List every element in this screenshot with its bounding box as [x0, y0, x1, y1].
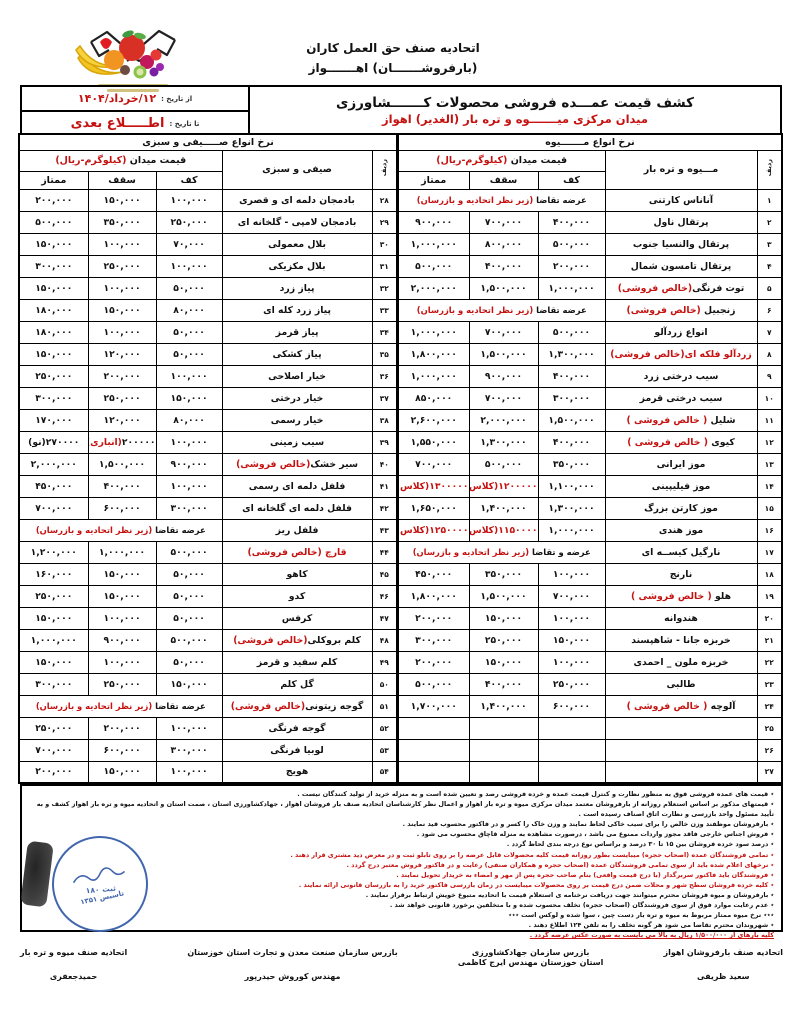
price-floor: ۲۰۰,۰۰۰: [538, 255, 605, 277]
table-row: ۴۱فلفل دلمه ای رسمی۱۰۰,۰۰۰۴۰۰,۰۰۰۴۵۰,۰۰۰: [19, 475, 397, 497]
price-premium: [398, 761, 469, 783]
table-row: ۳۴پیاز قرمز۵۰,۰۰۰۱۰۰,۰۰۰۱۸۰,۰۰۰: [19, 321, 397, 343]
price-floor: ۵۰۰,۰۰۰: [156, 629, 222, 651]
item-name: خیار اصلاحی: [222, 365, 372, 387]
item-name: [605, 761, 757, 783]
price-floor: ۱,۳۰۰,۰۰۰: [538, 497, 605, 519]
row-number: ۴۳: [372, 519, 397, 541]
item-name: شلیل ( خالص فروشی ): [605, 409, 757, 431]
row-number: ۱: [757, 189, 782, 211]
price-col-header: قیمت میدان (کیلوگرم-ریال): [398, 150, 605, 171]
row-number: ۴۸: [372, 629, 397, 651]
price-floor: ۱۰۰,۰۰۰: [538, 563, 605, 585]
price-floor: ۱,۰۰۰,۰۰۰: [538, 519, 605, 541]
price-premium: ۲۷۰۰۰۰(نو): [19, 431, 88, 453]
price-premium: ۵۰۰,۰۰۰: [398, 255, 469, 277]
item-name: سیب درختی زرد: [605, 365, 757, 387]
table-row: ۲۳طالبی۲۵۰,۰۰۰۴۰۰,۰۰۰۵۰۰,۰۰۰: [398, 673, 782, 695]
price-floor: ۹۰۰,۰۰۰: [156, 453, 222, 475]
price-bulletin-page: اتحادیه صنف حق العمل کاران (بارفروشـــــ…: [0, 0, 788, 1024]
supply-demand-note: عرضه تقاضا (زیر نظر اتحادیه و بازرسان): [19, 695, 222, 717]
price-premium: ۷۰۰,۰۰۰: [19, 497, 88, 519]
item-name: پیاز زرد: [222, 277, 372, 299]
table-row: ۵۳لوبیا فرنگی۳۰۰,۰۰۰۶۰۰,۰۰۰۷۰۰,۰۰۰: [19, 739, 397, 761]
price-floor: ۳۰۰,۰۰۰: [156, 497, 222, 519]
price-floor: ۴۰۰,۰۰۰: [538, 365, 605, 387]
table-row: ۶زنجبیل (خالص فروشی)عرضه تقاضا (زیر نظر …: [398, 299, 782, 321]
price-floor: [538, 761, 605, 783]
item-name: موز فیلیپینی: [605, 475, 757, 497]
price-premium: ۲۰۰,۰۰۰: [398, 651, 469, 673]
item-name: لوبیا فرنگی: [222, 739, 372, 761]
price-floor: ۵۰۰,۰۰۰: [156, 541, 222, 563]
item-name: هلو ( خالص فروشی ): [605, 585, 757, 607]
price-ceiling: ۲۵۰,۰۰۰: [88, 255, 156, 277]
row-number: ۲۷: [757, 761, 782, 783]
price-premium: ۳۰۰,۰۰۰: [19, 255, 88, 277]
item-name: سیب درختی قرمز: [605, 387, 757, 409]
price-ceiling: ۱,۵۰۰,۰۰۰: [469, 343, 538, 365]
price-ceiling: ۳۵۰,۰۰۰: [88, 211, 156, 233]
page-subtitle: میدان مرکزی میـــــــوه و تره بار (الغدی…: [250, 112, 780, 126]
price-ceiling: ۲۰۰,۰۰۰: [88, 717, 156, 739]
item-name: فلفل دلمه ای رسمی: [222, 475, 372, 497]
ceiling-col-header: سقف: [88, 171, 156, 189]
item-name: خیار رسمی: [222, 409, 372, 431]
table-row: ۴۵کاهو۵۰,۰۰۰۱۵۰,۰۰۰۱۶۰,۰۰۰: [19, 563, 397, 585]
price-premium: [398, 739, 469, 761]
price-floor: ۱,۰۰۰,۰۰۰: [538, 277, 605, 299]
price-floor: ۵۰,۰۰۰: [156, 585, 222, 607]
price-premium: ۱۸۰,۰۰۰: [19, 299, 88, 321]
price-premium: ۱۵۰,۰۰۰: [19, 233, 88, 255]
row-col-header: ردیف: [372, 150, 397, 189]
row-number: ۴۴: [372, 541, 397, 563]
price-ceiling: [469, 761, 538, 783]
row-number: ۳: [757, 233, 782, 255]
price-ceiling: ۶۰۰,۰۰۰: [88, 739, 156, 761]
signature-org: بازرس سازمان جهادکشاورزی استان خوزستان م…: [458, 948, 604, 967]
row-number: ۲۹: [372, 211, 397, 233]
price-ceiling: ۷۰۰,۰۰۰: [469, 321, 538, 343]
fruit-basket-drawing: [70, 22, 166, 86]
item-name: آناناس کارتنی: [605, 189, 757, 211]
table-row: ۵۲گوجه فرنگی۱۰۰,۰۰۰۲۰۰,۰۰۰۲۵۰,۰۰۰: [19, 717, 397, 739]
row-number: ۲۰: [757, 607, 782, 629]
price-floor: ۵۰,۰۰۰: [156, 277, 222, 299]
row-number: ۲: [757, 211, 782, 233]
table-row: ۲۸بادمجان دلمه ای و قصری۱۰۰,۰۰۰۱۵۰,۰۰۰۲۰…: [19, 189, 397, 211]
item-name: سیر خشک(خالص فروشی): [222, 453, 372, 475]
price-premium: ۱,۵۵۰,۰۰۰: [398, 431, 469, 453]
price-premium: ۱۲۵۰۰۰۰(کلاس۱): [398, 519, 469, 541]
price-floor: ۲۵۰,۰۰۰: [538, 673, 605, 695]
table-row: ۴۹کلم سفید و قرمز۵۰,۰۰۰۱۰۰,۰۰۰۱۵۰,۰۰۰: [19, 651, 397, 673]
price-ceiling: ۱,۰۰۰,۰۰۰: [88, 541, 156, 563]
price-ceiling: ۱,۴۰۰,۰۰۰: [469, 497, 538, 519]
price-floor: ۵۰,۰۰۰: [156, 343, 222, 365]
row-number: ۸: [757, 343, 782, 365]
price-premium: ۱,۶۵۰,۰۰۰: [398, 497, 469, 519]
item-name: توت فرنگی(خالص فروشی): [605, 277, 757, 299]
table-row: ۹سیب درختی زرد۴۰۰,۰۰۰۹۰۰,۰۰۰۱,۰۰۰,۰۰۰: [398, 365, 782, 387]
price-floor: ۷۰۰,۰۰۰: [538, 585, 605, 607]
footnote-line: ٭ شهروندان محترم تقاضا می شود هر گونه تخ…: [29, 920, 774, 930]
table-row: ۲پرتقال ناول۴۰۰,۰۰۰۷۰۰,۰۰۰۹۰۰,۰۰۰: [398, 211, 782, 233]
item-name: کدو: [222, 585, 372, 607]
footnote-line: ٭ بارفروشان موظفند وزن خالص را برای سیب …: [29, 819, 774, 829]
row-number: ۲۲: [757, 651, 782, 673]
signature-block: بازرس سازمان صنعت معدن و تجارت استان خوز…: [187, 948, 397, 981]
table-row: ۲۴آلوچه ( خالص فروشی )۶۰۰,۰۰۰۱,۴۰۰,۰۰۰۱,…: [398, 695, 782, 717]
price-ceiling: ۱۵۰,۰۰۰: [88, 585, 156, 607]
price-floor: ۳۰۰,۰۰۰: [538, 387, 605, 409]
table-row: ۱۹هلو ( خالص فروشی )۷۰۰,۰۰۰۱,۵۰۰,۰۰۰۱,۸۰…: [398, 585, 782, 607]
row-number: ۴۶: [372, 585, 397, 607]
price-floor: ۸۰,۰۰۰: [156, 299, 222, 321]
supply-demand-note: عرضه تقاضا (زیر نظر اتحادیه و بازرسان): [398, 189, 605, 211]
row-number: ۴۱: [372, 475, 397, 497]
item-name: موز ایرانی: [605, 453, 757, 475]
price-ceiling: ۱۲۰,۰۰۰: [88, 409, 156, 431]
price-premium: ۱۸۰,۰۰۰: [19, 321, 88, 343]
price-ceiling: ۲,۰۰۰,۰۰۰: [469, 409, 538, 431]
price-ceiling: ۱,۴۰۰,۰۰۰: [469, 695, 538, 717]
price-ceiling: ۲۵۰,۰۰۰: [88, 673, 156, 695]
price-ceiling: ۵۰۰,۰۰۰: [469, 453, 538, 475]
price-floor: ۱۰۰,۰۰۰: [156, 761, 222, 783]
row-number: ۴۵: [372, 563, 397, 585]
item-name: بلال معمولی: [222, 233, 372, 255]
price-premium: ۳۰۰,۰۰۰: [398, 629, 469, 651]
row-number: ۳۸: [372, 409, 397, 431]
price-premium: ۲,۰۰۰,۰۰۰: [19, 453, 88, 475]
price-ceiling: ۶۰۰,۰۰۰: [88, 497, 156, 519]
row-number: ۳۹: [372, 431, 397, 453]
item-name: هندوانه: [605, 607, 757, 629]
row-number: ۵: [757, 277, 782, 299]
table-row: ۵۴هویج۱۰۰,۰۰۰۱۵۰,۰۰۰۲۰۰,۰۰۰: [19, 761, 397, 783]
title-box: کشف قیمت عمـــده فروشی محصولات کـــــــش…: [248, 85, 782, 135]
price-ceiling: ۱,۳۰۰,۰۰۰: [469, 431, 538, 453]
table-row: ۸زردآلو فلکه ای(خالص فروشی)۱,۳۰۰,۰۰۰۱,۵۰…: [398, 343, 782, 365]
price-premium: ۷۰۰,۰۰۰: [19, 739, 88, 761]
table-row: ۳۷خیار درختی۱۵۰,۰۰۰۲۵۰,۰۰۰۳۰۰,۰۰۰: [19, 387, 397, 409]
row-number: ۱۰: [757, 387, 782, 409]
footnote-line: ٭ درصد سود خرده فروشان بین ۱۵ تا ۳۰ درصد…: [29, 839, 774, 849]
signature-block: اتحادیه صنف میوه و تره بارحمیدجعفری: [20, 948, 127, 981]
table-row: ۱۰سیب درختی قرمز۳۰۰,۰۰۰۷۰۰,۰۰۰۸۵۰,۰۰۰: [398, 387, 782, 409]
table-row: ۷انواع زردآلو۵۰۰,۰۰۰۷۰۰,۰۰۰۱,۰۰۰,۰۰۰: [398, 321, 782, 343]
floor-col-header: کف: [156, 171, 222, 189]
date-box: از تاریخ : ۱۲/خرداد/۱۴۰۴ تا تاریخ : اطــ…: [20, 85, 250, 137]
price-premium: ۴۵۰,۰۰۰: [398, 563, 469, 585]
footnote-line: ٭ قیمتهای مذکور بر اساس استعلام روزانه ا…: [29, 799, 774, 819]
row-number: ۳۱: [372, 255, 397, 277]
row-number: ۵۱: [372, 695, 397, 717]
row-number: ۳۰: [372, 233, 397, 255]
date-to-value: اطـــــلاع بعدی: [71, 116, 165, 131]
price-floor: ۵۰,۰۰۰: [156, 563, 222, 585]
price-col-header: قیمت میدان (کیلوگرم-ریال): [19, 150, 222, 171]
item-name: پیاز قرمز: [222, 321, 372, 343]
date-to-row: تا تاریخ : اطـــــلاع بعدی: [22, 110, 248, 135]
table-row: ۴۷کرفس۵۰,۰۰۰۱۰۰,۰۰۰۱۵۰,۰۰۰: [19, 607, 397, 629]
table-row: ۲۷: [398, 761, 782, 783]
fruit-price-table: نرخ انواع مـــــــیوه ردیف مـــیوه و تره…: [397, 133, 783, 784]
table-row: ۴پرتقال تامسون شمال۲۰۰,۰۰۰۴۰۰,۰۰۰۵۰۰,۰۰۰: [398, 255, 782, 277]
supply-demand-note: عرضه تقاضا (زیر نظر اتحادیه و بازرسان): [398, 299, 605, 321]
row-number: ۳۴: [372, 321, 397, 343]
table-row: ۲۵: [398, 717, 782, 739]
table-row: ۳۳پیاز زرد کله ای۸۰,۰۰۰۱۵۰,۰۰۰۱۸۰,۰۰۰: [19, 299, 397, 321]
price-premium: ۲۵۰,۰۰۰: [19, 365, 88, 387]
price-floor: ۱۰۰,۰۰۰: [156, 717, 222, 739]
item-name: گل کلم: [222, 673, 372, 695]
price-premium: ۱۶۰,۰۰۰: [19, 563, 88, 585]
price-premium: ۱۵۰,۰۰۰: [19, 277, 88, 299]
date-from-value: ۱۲/خرداد/۱۴۰۴: [78, 92, 156, 105]
price-floor: ۱۰۰,۰۰۰: [538, 651, 605, 673]
signature-name: مهندس کوروش حیدرپور: [187, 972, 397, 982]
price-floor: ۱۰۰,۰۰۰: [156, 365, 222, 387]
footnote-line: ٭٭٭ نرخ میوه ممتاز مربوط به میوه و تره ب…: [29, 910, 774, 920]
price-floor: ۴۰۰,۰۰۰: [538, 431, 605, 453]
row-number: ۴۰: [372, 453, 397, 475]
table-row: ۱۱شلیل ( خالص فروشی )۱,۵۰۰,۰۰۰۲,۰۰۰,۰۰۰۲…: [398, 409, 782, 431]
footnote-line: ٭ فروش اجناس خارجی فاقد مجوز واردات ممنو…: [29, 829, 774, 839]
table-row: ۴۴قارچ (خالص فروشی)۵۰۰,۰۰۰۱,۰۰۰,۰۰۰۱,۲۰۰…: [19, 541, 397, 563]
item-name: بلال مکزیکی: [222, 255, 372, 277]
price-premium: ۲,۰۰۰,۰۰۰: [398, 277, 469, 299]
price-ceiling: ۴۰۰,۰۰۰: [469, 673, 538, 695]
price-floor: ۱۰۰,۰۰۰: [156, 475, 222, 497]
price-premium: ۱,۰۰۰,۰۰۰: [19, 629, 88, 651]
table-row: ۴۸کلم بروکلی(خالص فروشی)۵۰۰,۰۰۰۹۰۰,۰۰۰۱,…: [19, 629, 397, 651]
row-number: ۵۲: [372, 717, 397, 739]
row-number: ۴۷: [372, 607, 397, 629]
row-number: ۳۳: [372, 299, 397, 321]
row-number: ۲۸: [372, 189, 397, 211]
union-name-line2: (بارفروشـــــــان) اهـــــــواز: [228, 58, 558, 78]
price-floor: ۱,۱۰۰,۰۰۰: [538, 475, 605, 497]
price-ceiling: ۴۰۰,۰۰۰: [88, 475, 156, 497]
row-number: ۳۲: [372, 277, 397, 299]
row-number: ۲۱: [757, 629, 782, 651]
premium-col-header: ممتاز: [398, 171, 469, 189]
item-name: کلم بروکلی(خالص فروشی): [222, 629, 372, 651]
row-number: ۱۹: [757, 585, 782, 607]
table-row: ۴۰سیر خشک(خالص فروشی)۹۰۰,۰۰۰۱,۵۰۰,۰۰۰۲,۰…: [19, 453, 397, 475]
item-name: سیب زمینی: [222, 431, 372, 453]
price-ceiling: ۷۰۰,۰۰۰: [469, 211, 538, 233]
price-ceiling: ۱۲۰,۰۰۰: [88, 343, 156, 365]
price-premium: ۴۵۰,۰۰۰: [19, 475, 88, 497]
price-ceiling: ۱,۵۰۰,۰۰۰: [469, 277, 538, 299]
date-from-row: از تاریخ : ۱۲/خرداد/۱۴۰۴: [22, 87, 248, 110]
ceiling-col-header: سقف: [469, 171, 538, 189]
price-ceiling: ۹۰۰,۰۰۰: [88, 629, 156, 651]
price-floor: ۱۰۰,۰۰۰: [538, 607, 605, 629]
row-number: ۲۶: [757, 739, 782, 761]
price-floor: ۴۰۰,۰۰۰: [538, 211, 605, 233]
table-row: ۵۰گل کلم۱۵۰,۰۰۰۲۵۰,۰۰۰۳۰۰,۰۰۰: [19, 673, 397, 695]
item-name: طالبی: [605, 673, 757, 695]
price-premium: ۱,۸۰۰,۰۰۰: [398, 585, 469, 607]
item-name: فلفل ریز: [222, 519, 372, 541]
row-number: ۴۹: [372, 651, 397, 673]
name-col-header: مـــیوه و تره بار: [605, 150, 757, 189]
price-premium: ۸۵۰,۰۰۰: [398, 387, 469, 409]
row-number: ۱۶: [757, 519, 782, 541]
table-row: ۱آناناس کارتنیعرضه تقاضا (زیر نظر اتحادی…: [398, 189, 782, 211]
price-ceiling: ۱۰۰,۰۰۰: [88, 277, 156, 299]
price-floor: ۵۰,۰۰۰: [156, 607, 222, 629]
price-floor: ۶۰۰,۰۰۰: [538, 695, 605, 717]
table-row: ۱۳موز ایرانی۳۵۰,۰۰۰۵۰۰,۰۰۰۷۰۰,۰۰۰: [398, 453, 782, 475]
item-name: پرتقال تامسون شمال: [605, 255, 757, 277]
price-ceiling: ۳۵۰,۰۰۰: [469, 563, 538, 585]
item-name: خیار درختی: [222, 387, 372, 409]
item-name: [605, 739, 757, 761]
price-floor: ۱۵۰,۰۰۰: [538, 629, 605, 651]
signature-block: اتحادیه صنف بارفروشان اهوازسعید ظریفی: [663, 948, 783, 981]
table-row: ۲۱خربزه جانا - شاهپسند۱۵۰,۰۰۰۲۵۰,۰۰۰۳۰۰,…: [398, 629, 782, 651]
signature-name: حمیدجعفری: [20, 972, 127, 982]
date-to-label: تا تاریخ :: [169, 120, 199, 128]
price-floor: ۳۵۰,۰۰۰: [538, 453, 605, 475]
footnote-line: ٭ قیمت های عمده فروشی فوق به منظور نظارت…: [29, 789, 774, 799]
table-row: ۴۲فلفل دلمه ای گلخانه ای۳۰۰,۰۰۰۶۰۰,۰۰۰۷۰…: [19, 497, 397, 519]
price-ceiling: ۱۰۰,۰۰۰: [88, 233, 156, 255]
price-floor: ۲۵۰,۰۰۰: [156, 211, 222, 233]
price-floor: ۷۰,۰۰۰: [156, 233, 222, 255]
price-ceiling: ۱۰۰,۰۰۰: [88, 651, 156, 673]
item-name: کرفس: [222, 607, 372, 629]
item-name: آلوچه ( خالص فروشی ): [605, 695, 757, 717]
row-number: ۳۵: [372, 343, 397, 365]
table-row: ۳۲پیاز زرد۵۰,۰۰۰۱۰۰,۰۰۰۱۵۰,۰۰۰: [19, 277, 397, 299]
row-number: ۱۴: [757, 475, 782, 497]
union-name: اتحادیه صنف حق العمل کاران (بارفروشـــــ…: [228, 38, 558, 79]
row-number: ۵۴: [372, 761, 397, 783]
row-number: ۵۰: [372, 673, 397, 695]
price-floor: ۵۰,۰۰۰: [156, 321, 222, 343]
item-name: زنجبیل (خالص فروشی): [605, 299, 757, 321]
row-number: ۳۶: [372, 365, 397, 387]
item-name: خربزه ملون _ احمدی: [605, 651, 757, 673]
price-ceiling: ۱۵۰,۰۰۰: [469, 651, 538, 673]
item-name: کاهو: [222, 563, 372, 585]
signature-org: اتحادیه صنف بارفروشان اهواز: [663, 948, 783, 958]
price-floor: ۱۰۰,۰۰۰: [156, 255, 222, 277]
item-name: گوجه زیتونی(خالص فروشی): [222, 695, 372, 717]
price-floor: [538, 717, 605, 739]
table-row: ۳۶خیار اصلاحی۱۰۰,۰۰۰۲۰۰,۰۰۰۲۵۰,۰۰۰: [19, 365, 397, 387]
supply-demand-note: عرضه و تقاضا (زیر نظر اتحادیه و بازرسان): [398, 541, 605, 563]
table-row: ۳۰بلال معمولی۷۰,۰۰۰۱۰۰,۰۰۰۱۵۰,۰۰۰: [19, 233, 397, 255]
item-name: نارگیل کیســه ای: [605, 541, 757, 563]
row-number: ۶: [757, 299, 782, 321]
table-row: ۴۶کدو۵۰,۰۰۰۱۵۰,۰۰۰۲۵۰,۰۰۰: [19, 585, 397, 607]
row-number: ۱۷: [757, 541, 782, 563]
item-name: بادمجان دلمه ای و قصری: [222, 189, 372, 211]
row-number: ۱۸: [757, 563, 782, 585]
item-name: گوجه فرنگی: [222, 717, 372, 739]
price-ceiling: ۱,۵۰۰,۰۰۰: [88, 453, 156, 475]
name-col-header: صیفی و سبزی: [222, 150, 372, 189]
table-row: ۳۱بلال مکزیکی۱۰۰,۰۰۰۲۵۰,۰۰۰۳۰۰,۰۰۰: [19, 255, 397, 277]
price-ceiling: [469, 739, 538, 761]
table-row: ۳۵پیاز کشکی۵۰,۰۰۰۱۲۰,۰۰۰۱۵۰,۰۰۰: [19, 343, 397, 365]
union-name-line1: اتحادیه صنف حق العمل کاران: [228, 38, 558, 58]
price-floor: ۱۰۰,۰۰۰: [156, 189, 222, 211]
table-row: ۳پرتقال والنسیا جنوب۵۰۰,۰۰۰۸۰۰,۰۰۰۱,۰۰۰,…: [398, 233, 782, 255]
row-number: ۴: [757, 255, 782, 277]
price-floor: ۱,۵۰۰,۰۰۰: [538, 409, 605, 431]
price-premium: ۱,۲۰۰,۰۰۰: [19, 541, 88, 563]
row-number: ۲۴: [757, 695, 782, 717]
item-name: نارنج: [605, 563, 757, 585]
price-ceiling: ۲۰۰۰۰۰(انباری): [88, 431, 156, 453]
footnote-line: کلیه بارهای از ۱/۵۰۰/۰۰۰ ریال به بالا می…: [29, 930, 774, 940]
item-name: پرتقال ناول: [605, 211, 757, 233]
price-premium: ۱۳۰۰۰۰۰(کلاس۱): [398, 475, 469, 497]
price-floor: ۱۰۰,۰۰۰: [156, 431, 222, 453]
row-number: ۲۵: [757, 717, 782, 739]
price-premium: ۵۰۰,۰۰۰: [398, 673, 469, 695]
page-title: کشف قیمت عمـــده فروشی محصولات کـــــــش…: [250, 95, 780, 111]
price-premium: ۵۰۰,۰۰۰: [19, 211, 88, 233]
row-col-header: ردیف: [757, 150, 782, 189]
item-name: کیوی ( خالص فروشی ): [605, 431, 757, 453]
price-floor: ۳۰۰,۰۰۰: [156, 739, 222, 761]
table-row: ۱۲کیوی ( خالص فروشی )۴۰۰,۰۰۰۱,۳۰۰,۰۰۰۱,۵…: [398, 431, 782, 453]
veg-band-title: نرخ انواع صـــــیفی و سبزی: [19, 134, 397, 150]
price-floor: ۵۰۰,۰۰۰: [538, 321, 605, 343]
signature-row: اتحادیه صنف بارفروشان اهوازسعید ظریفیباز…: [20, 948, 783, 981]
table-row: ۱۷نارگیل کیســه ایعرضه و تقاضا (زیر نظر …: [398, 541, 782, 563]
item-name: موز کارتن بزرگ: [605, 497, 757, 519]
item-name: هویج: [222, 761, 372, 783]
price-ceiling: ۱۵۰,۰۰۰: [469, 607, 538, 629]
row-number: ۵۳: [372, 739, 397, 761]
table-row: ۵توت فرنگی(خالص فروشی)۱,۰۰۰,۰۰۰۱,۵۰۰,۰۰۰…: [398, 277, 782, 299]
table-row: ۲۲خربزه ملون _ احمدی۱۰۰,۰۰۰۱۵۰,۰۰۰۲۰۰,۰۰…: [398, 651, 782, 673]
row-number: ۱۲: [757, 431, 782, 453]
price-premium: ۱,۰۰۰,۰۰۰: [398, 365, 469, 387]
item-name: قارچ (خالص فروشی): [222, 541, 372, 563]
price-ceiling: ۲۵۰,۰۰۰: [88, 387, 156, 409]
price-ceiling: ۱۵۰,۰۰۰: [88, 563, 156, 585]
row-number: ۳۷: [372, 387, 397, 409]
item-name: انواع زردآلو: [605, 321, 757, 343]
table-row: ۱۴موز فیلیپینی۱,۱۰۰,۰۰۰۱۲۰۰۰۰۰(کلاس۲)۱۳۰…: [398, 475, 782, 497]
table-row: ۵۱گوجه زیتونی(خالص فروشی)عرضه تقاضا (زیر…: [19, 695, 397, 717]
price-premium: ۲۰۰,۰۰۰: [19, 761, 88, 783]
price-ceiling: [469, 717, 538, 739]
row-number: ۱۳: [757, 453, 782, 475]
table-row: ۲۶: [398, 739, 782, 761]
price-premium: ۲۰۰,۰۰۰: [398, 607, 469, 629]
price-floor: ۵۰۰,۰۰۰: [538, 233, 605, 255]
item-name: پرتقال والنسیا جنوب: [605, 233, 757, 255]
price-ceiling: ۱۰۰,۰۰۰: [88, 321, 156, 343]
price-ceiling: ۱۵۰,۰۰۰: [88, 299, 156, 321]
row-number: ۷: [757, 321, 782, 343]
price-ceiling: ۹۰۰,۰۰۰: [469, 365, 538, 387]
price-premium: ۳۰۰,۰۰۰: [19, 387, 88, 409]
